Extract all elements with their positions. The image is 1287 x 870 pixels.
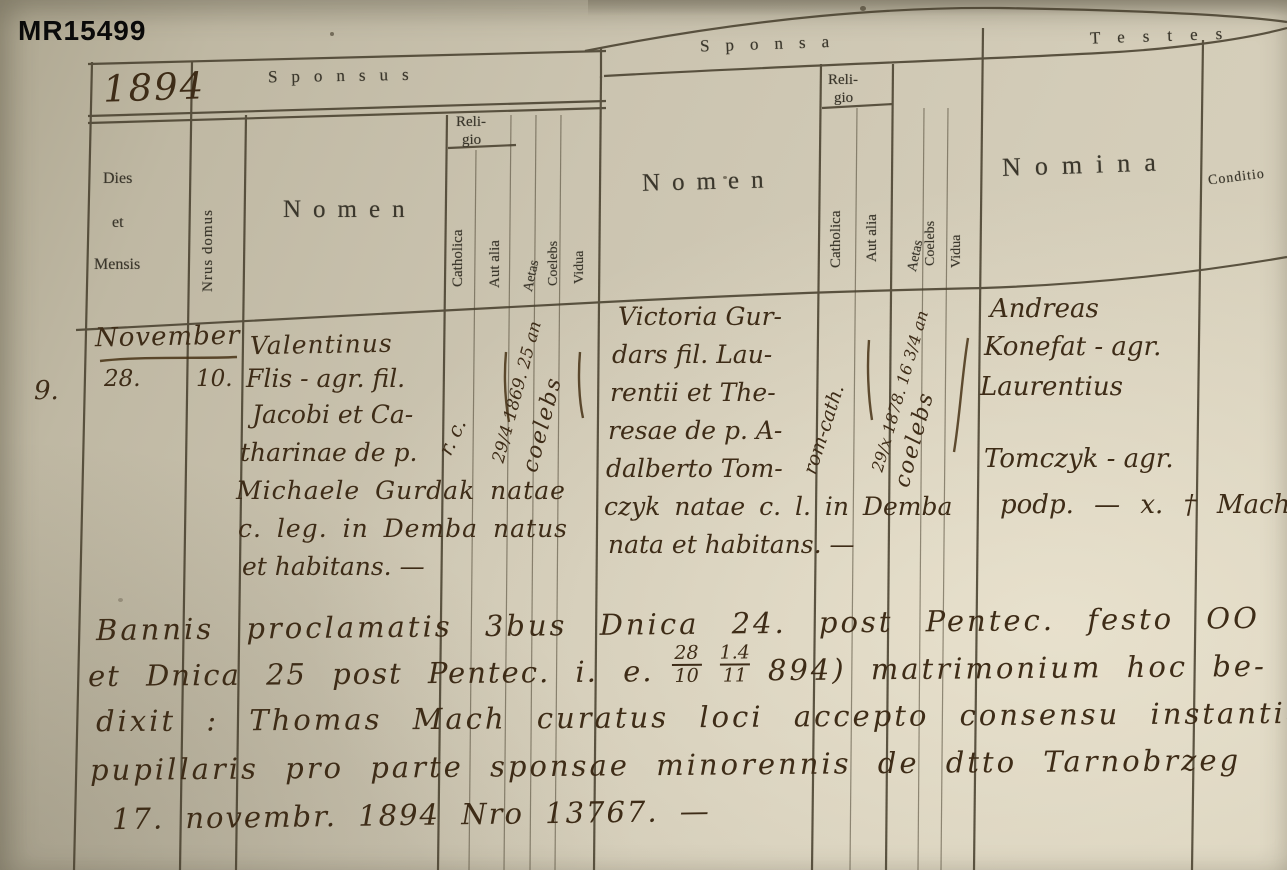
- sponsa-name-line: rentii et The-: [610, 378, 776, 407]
- col-catholica-sponsa: Catholica: [828, 211, 845, 268]
- ink-speck: [860, 6, 866, 11]
- col-nrus-domus: Nrus domus: [200, 209, 217, 292]
- col-nomina: Nomina: [1002, 147, 1171, 183]
- rule-v-left-border: [74, 62, 92, 870]
- sponsa-name-line: nata et habitans. —: [608, 530, 854, 559]
- fraction-denominator: 10: [671, 664, 701, 687]
- sponsus-name-line: Michaele Gurdak natae: [236, 476, 566, 505]
- col-religio-sponsa-line2: gio: [834, 90, 853, 107]
- ink-speck: [723, 176, 727, 179]
- col-religio-sponsus-line1: Reli-: [456, 114, 486, 131]
- col-coelebs-sponsus: Coelebs: [546, 241, 562, 286]
- testes-line: Konefat - agr.: [984, 332, 1161, 362]
- sponsa-name-line: dars fil. Lau-: [612, 340, 772, 369]
- sponsa-name-line: czyk natae c. l. in Demba: [604, 492, 952, 521]
- rule-v-dies-nrus: [180, 62, 192, 870]
- banns-date-fraction-2: 1.4 11: [719, 643, 750, 686]
- col-coelebs-sponsa: Coelebs: [923, 221, 939, 266]
- rule-top-left: [88, 51, 606, 64]
- testes-line: Andreas: [990, 294, 1099, 324]
- col-aut-alia-sponsa: Aut alia: [864, 214, 881, 262]
- col-catholica-sponsus: Catholica: [450, 230, 467, 287]
- sponsus-name-line: tharinae de p.: [240, 438, 417, 467]
- entry-day: 28.: [104, 366, 141, 392]
- testes-line: Tomczyk - agr.: [984, 444, 1174, 474]
- banns-date-fraction-1: 28 10: [671, 644, 702, 687]
- sponsa-name-line: resae de p. A-: [608, 416, 782, 445]
- col-nomen-sponsus: Nomen: [283, 196, 417, 224]
- col-dies-line1: Dies: [103, 170, 132, 188]
- col-aut-alia-sponsus: Aut alia: [487, 240, 504, 288]
- ditto-mark-sponsa-autalia: [868, 340, 872, 420]
- sponsus-name-line: et habitans. —: [242, 552, 425, 581]
- annotation-line-2-text: 894) matrimonium hoc be-: [768, 649, 1267, 687]
- col-vidua-sponsa: Vidua: [949, 235, 965, 268]
- entry-month: November: [95, 321, 241, 354]
- sponsus-name-line: Flis - agr. fil.: [246, 364, 405, 393]
- entry-house-number: 10.: [196, 366, 233, 392]
- document-id-label: MR15499: [18, 15, 146, 47]
- year-handwritten: 1894: [102, 64, 206, 111]
- sponsa-name-line: dalberto Tom-: [606, 454, 783, 483]
- col-dies-line2: et: [112, 214, 124, 232]
- rule-religio-underline-sponsus: [448, 145, 516, 148]
- rule-v-sponsa-testes: [974, 28, 983, 870]
- ditto-mark-sponsa-vidua: [954, 338, 968, 452]
- col-dies-line3: Mensis: [94, 256, 140, 274]
- register-page: MR15499 1894 Sponsus Sponsa Testes Dies …: [0, 0, 1287, 870]
- ink-speck: [330, 32, 334, 36]
- entry-number: 9.: [34, 376, 59, 406]
- sponsus-name-line: c. leg. in Demba natus: [238, 514, 568, 543]
- header-sponsus: Sponsus: [268, 65, 423, 88]
- col-religio-sponsus-line2: gio: [462, 132, 481, 149]
- annotation-line-2-text: et Dnica 25 post Pentec. i. e.: [88, 655, 654, 694]
- col-nomen-sponsa: Nomen: [642, 166, 776, 197]
- fraction-numerator: 28: [674, 644, 698, 664]
- sponsa-name-line: Victoria Gur-: [618, 302, 782, 331]
- testes-line: podp. — x. † Mach: [1000, 490, 1287, 520]
- fraction-numerator: 1.4: [719, 643, 749, 663]
- rule-double-2: [88, 108, 606, 123]
- rule-religio-underline-sponsa: [822, 104, 893, 108]
- col-religio-sponsa-line1: Reli-: [828, 72, 858, 89]
- fraction-denominator: 11: [720, 663, 750, 686]
- testes-line: Laurentius: [980, 372, 1123, 402]
- rule-november-underline: [100, 357, 237, 361]
- col-vidua-sponsus: Vidua: [572, 251, 588, 284]
- sponsus-name-line: Valentinus: [250, 329, 393, 360]
- sponsus-name-line: Jacobi et Ca-: [252, 400, 413, 429]
- ink-speck: [118, 598, 123, 602]
- ditto-mark-sponsus-vidua: [579, 352, 583, 418]
